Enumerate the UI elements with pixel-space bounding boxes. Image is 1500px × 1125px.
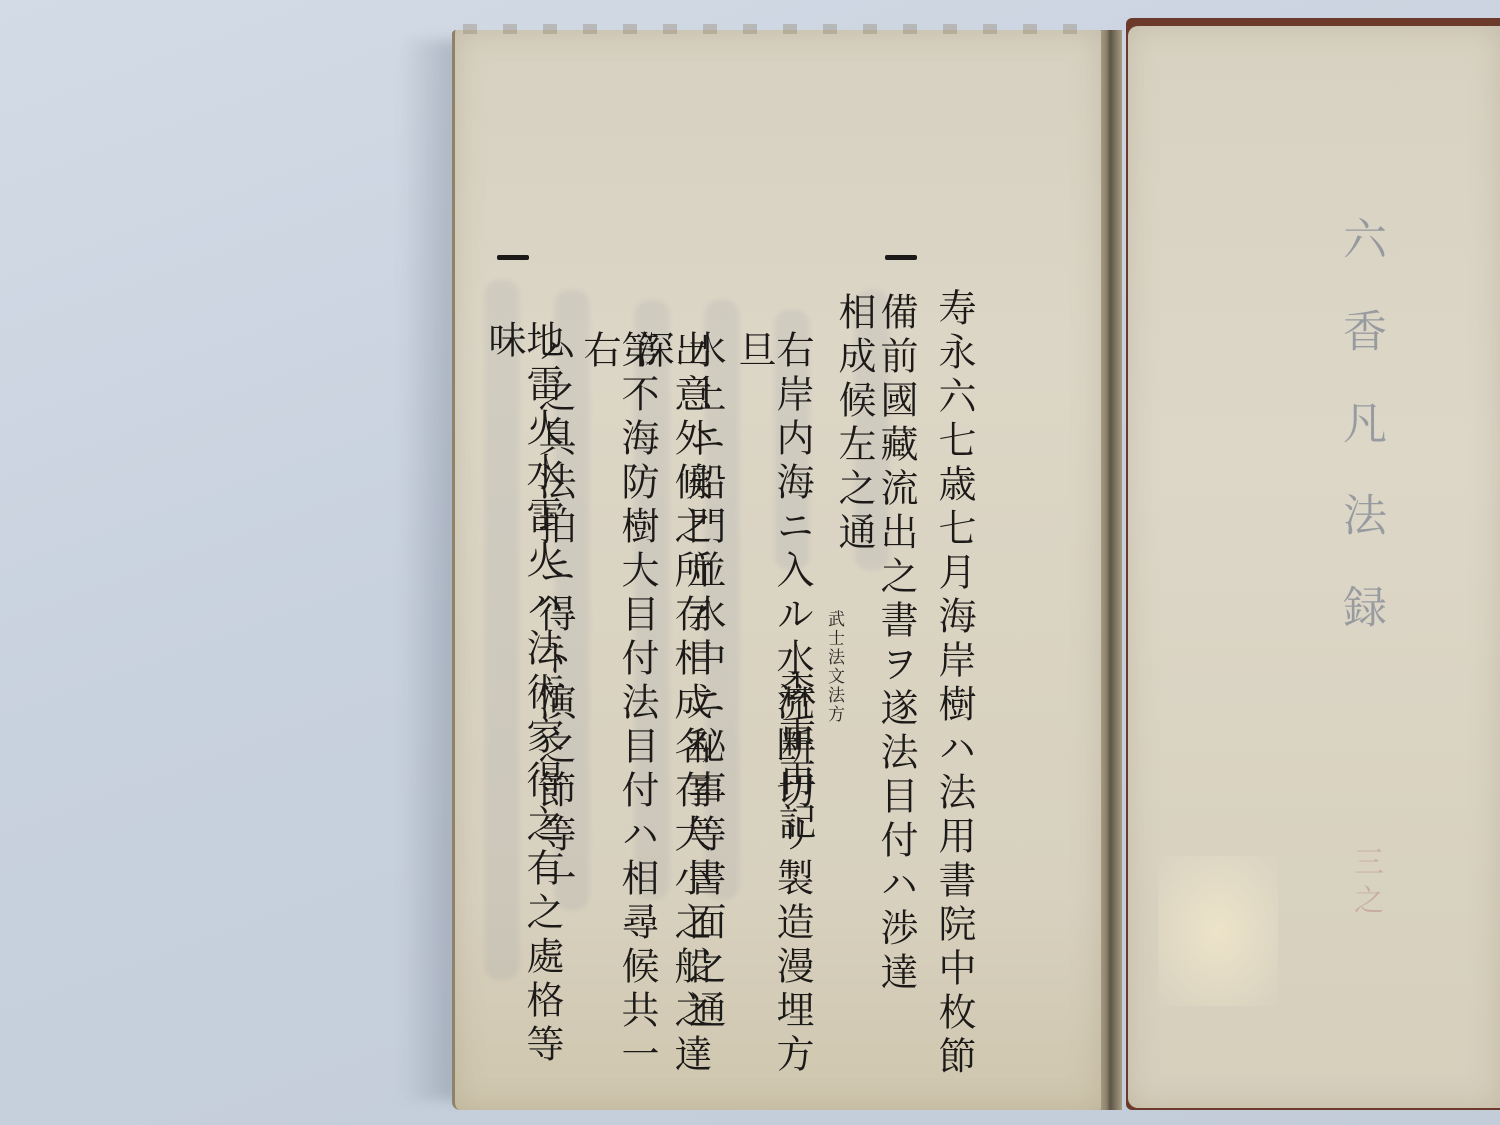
paper-stain [1158,856,1278,1006]
right-page: 六香凡法録 三之 [1128,26,1500,1108]
ragged-page-edge [463,24,1103,34]
right-page-red-note: 三之 [1350,846,1380,922]
text-column-9: 地雷火水雷火ハ法術家得之有之處格等味 [485,320,561,1110]
author-note: 武士法文法方 [825,610,842,724]
text-column-1: 寿永六七歳七月海岸樹ハ法用書院中枚節 [935,288,973,1080]
left-page: 寿永六七歳七月海岸樹ハ法用書院中枚節 備前國藏流出之書ヲ遂法目付ハ渉達 相成候左… [452,30,1101,1110]
entry-marker [497,255,529,260]
text-column-4: 右岸内海ニ入ル水流断切リ製造漫埋方旦 [735,330,811,1110]
entry-marker [885,255,917,260]
text-column-2: 備前國藏流出之書ヲ遂法目付ハ渉達 [877,292,915,996]
right-page-title-faint: 六香凡法録 [1338,216,1382,676]
book-shadow [400,40,460,1100]
text-column-3: 相成候左之通 [835,292,873,556]
text-column-7: 第不海防樹大目付法目付ハ相尋候共一右 [580,330,656,1110]
